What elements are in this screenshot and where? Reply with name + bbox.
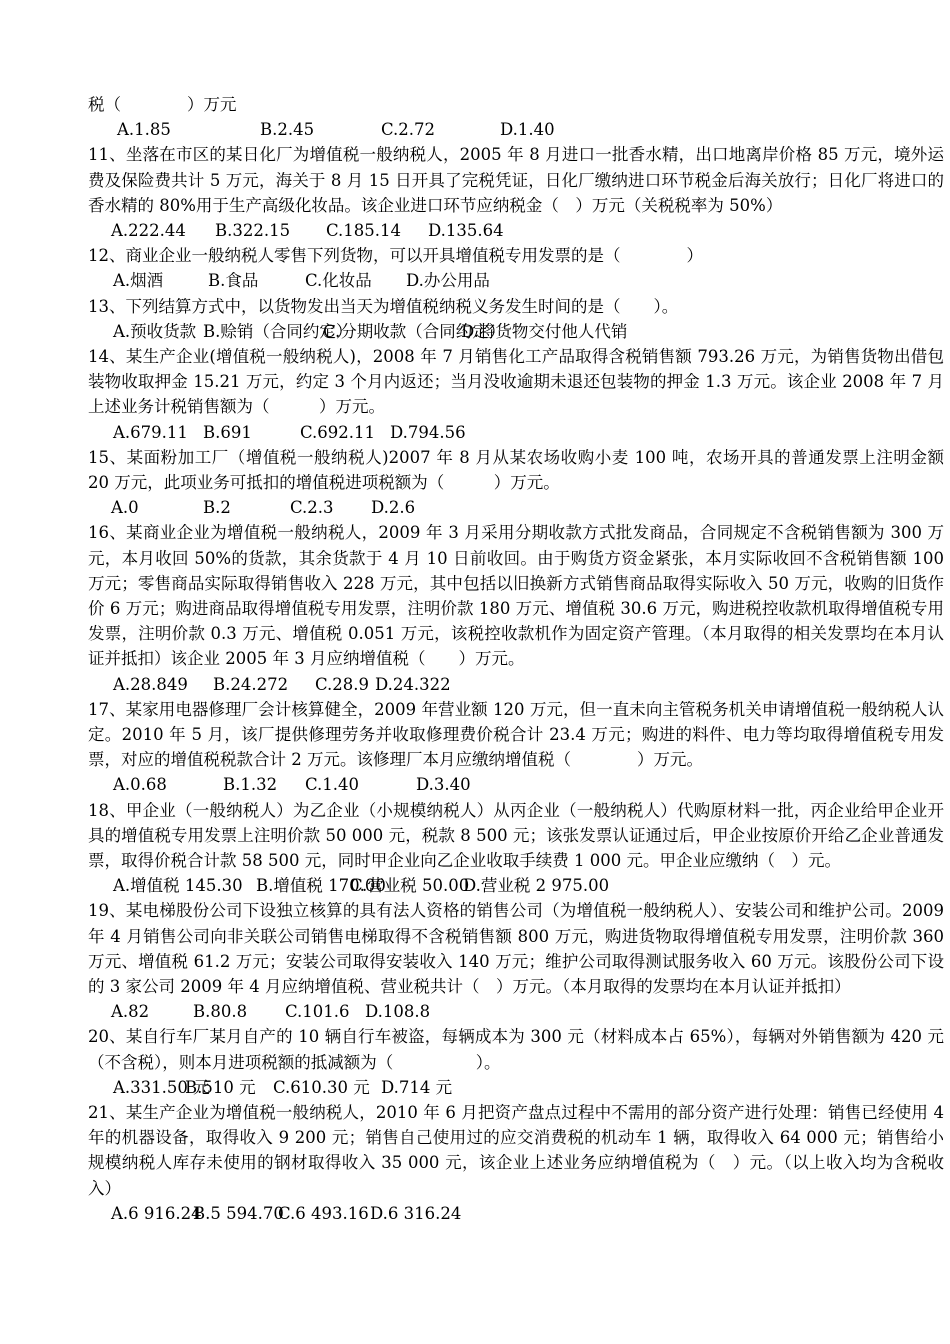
question-12-text: 12、商业企业一般纳税人零售下列货物，可以开具增值税专用发票的是（ ） — [88, 243, 944, 268]
question-16-block: 16、某商业企业为增值税一般纳税人，2009 年 3 月采用分期收款方式批发商品… — [88, 520, 944, 696]
question-15-block: 15、某面粉加工厂（增值税一般纳税人)2007 年 8 月从某农场收购小麦 10… — [88, 445, 944, 521]
question-18-option-d: D.营业税 2 975.00 — [463, 873, 609, 898]
question-17-option-c: C.1.40 — [305, 772, 359, 797]
question-16-option-d: D.24.322 — [375, 672, 451, 697]
question-12-block: 12、商业企业一般纳税人零售下列货物，可以开具增值税专用发票的是（ ）A.烟酒B… — [88, 243, 944, 293]
question-17-option-d: D.3.40 — [416, 772, 471, 797]
question-16-option-b: B.24.272 — [213, 672, 288, 697]
question-20-options-row: A.331.50 元B.510 元C.610.30 元D.714 元 — [88, 1075, 944, 1100]
question-11-block: 11、坐落在市区的某日化厂为增值税一般纳税人，2005 年 8 月进口一批香水精… — [88, 142, 944, 243]
question-21-option-b: B.5 594.70 — [193, 1201, 284, 1226]
question-10-continuation-options-row: A.1.85B.2.45C.2.72D.1.40 — [88, 117, 944, 142]
question-16-option-c: C.28.9 — [315, 672, 369, 697]
question-15-option-d: D.2.6 — [371, 495, 415, 520]
question-10-continuation-block: 税（ ）万元A.1.85B.2.45C.2.72D.1.40 — [88, 92, 944, 142]
question-12-option-b: B.食品 — [208, 268, 258, 293]
question-12-option-a: A.烟酒 — [113, 268, 163, 293]
question-21-options-row: A.6 916.24B.5 594.70C.6 493.16D.6 316.24 — [88, 1201, 944, 1226]
question-14-option-a: A.679.11 — [113, 420, 188, 445]
question-19-block: 19、某电梯股份公司下设独立核算的具有法人资格的销售公司（为增值税一般纳税人）、… — [88, 898, 944, 1024]
question-14-option-d: D.794.56 — [390, 420, 466, 445]
question-16-options-row: A.28.849B.24.272C.28.9D.24.322 — [88, 672, 944, 697]
question-21-option-a: A.6 916.24 — [111, 1201, 202, 1226]
question-12-option-d: D.办公用品 — [406, 268, 490, 293]
question-18-options-row: A.增值税 145.30B.增值税 170.00C.营业税 50.00D.营业税… — [88, 873, 944, 898]
question-10-continuation-text: 税（ ）万元 — [88, 92, 944, 117]
question-20-option-b: B.510 元 — [185, 1075, 256, 1100]
question-10-continuation-option-b: B.2.45 — [260, 117, 314, 142]
question-15-options-row: A.0B.2C.2.3D.2.6 — [88, 495, 944, 520]
question-17-block: 17、某家用电器修理厂会计核算健全，2009 年营业额 120 万元，但一直未向… — [88, 697, 944, 798]
question-20-block: 20、某自行车厂某月自产的 10 辆自行车被盗，每辆成本为 300 元（材料成本… — [88, 1024, 944, 1100]
question-12-options-row: A.烟酒B.食品C.化妆品D.办公用品 — [88, 268, 944, 293]
question-11-option-d: D.135.64 — [428, 218, 504, 243]
question-20-option-d: D.714 元 — [381, 1075, 452, 1100]
question-21-option-c: C.6 493.16 — [278, 1201, 369, 1226]
question-18-option-c: C.营业税 50.00 — [350, 873, 469, 898]
question-18-block: 18、甲企业（一般纳税人）为乙企业（小规模纳税人）从丙企业（一般纳税人）代购原材… — [88, 798, 944, 899]
question-19-text: 19、某电梯股份公司下设独立核算的具有法人资格的销售公司（为增值税一般纳税人）、… — [88, 898, 944, 999]
question-19-option-a: A.82 — [111, 999, 149, 1024]
question-15-option-a: A.0 — [111, 495, 139, 520]
question-13-block: 13、下列结算方式中，以货物发出当天为增值税纳税义务发生时间的是（ ）。A.预收… — [88, 294, 944, 344]
question-12-option-c: C.化妆品 — [305, 268, 372, 293]
question-18-text: 18、甲企业（一般纳税人）为乙企业（小规模纳税人）从丙企业（一般纳税人）代购原材… — [88, 798, 944, 874]
question-10-continuation-option-c: C.2.72 — [381, 117, 435, 142]
question-10-continuation-option-a: A.1.85 — [117, 117, 171, 142]
question-13-option-d: D.将货物交付他人代销 — [461, 319, 627, 344]
question-10-continuation-option-d: D.1.40 — [500, 117, 555, 142]
question-20-option-c: C.610.30 元 — [273, 1075, 370, 1100]
question-17-text: 17、某家用电器修理厂会计核算健全，2009 年营业额 120 万元，但一直未向… — [88, 697, 944, 773]
question-14-block: 14、某生产企业(增值税一般纳税人)，2008 年 7 月销售化工产品取得含税销… — [88, 344, 944, 445]
question-11-option-a: A.222.44 — [111, 218, 186, 243]
question-21-text: 21、某生产企业为增值税一般纳税人，2010 年 6 月把资产盘点过程中不需用的… — [88, 1100, 944, 1201]
question-11-option-c: C.185.14 — [326, 218, 401, 243]
question-15-option-b: B.2 — [203, 495, 231, 520]
question-16-text: 16、某商业企业为增值税一般纳税人，2009 年 3 月采用分期收款方式批发商品… — [88, 520, 944, 671]
question-15-option-c: C.2.3 — [290, 495, 334, 520]
question-21-block: 21、某生产企业为增值税一般纳税人，2010 年 6 月把资产盘点过程中不需用的… — [88, 1100, 944, 1226]
question-14-text: 14、某生产企业(增值税一般纳税人)，2008 年 7 月销售化工产品取得含税销… — [88, 344, 944, 420]
question-15-text: 15、某面粉加工厂（增值税一般纳税人)2007 年 8 月从某农场收购小麦 10… — [88, 445, 944, 495]
question-11-option-b: B.322.15 — [215, 218, 290, 243]
question-19-option-b: B.80.8 — [193, 999, 247, 1024]
question-20-text: 20、某自行车厂某月自产的 10 辆自行车被盗，每辆成本为 300 元（材料成本… — [88, 1024, 944, 1074]
question-21-option-d: D.6 316.24 — [370, 1201, 461, 1226]
question-17-option-a: A.0.68 — [113, 772, 167, 797]
question-17-option-b: B.1.32 — [223, 772, 277, 797]
question-14-option-b: B.691 — [203, 420, 252, 445]
document-page: 税（ ）万元A.1.85B.2.45C.2.72D.1.4011、坐落在市区的某… — [0, 0, 950, 1266]
question-13-options-row: A.预收货款B.赊销（合同约定）C.分期收款（合同约定）D.将货物交付他人代销 — [88, 319, 944, 344]
question-11-text: 11、坐落在市区的某日化厂为增值税一般纳税人，2005 年 8 月进口一批香水精… — [88, 142, 944, 218]
question-17-options-row: A.0.68B.1.32C.1.40D.3.40 — [88, 772, 944, 797]
question-19-option-c: C.101.6 — [285, 999, 350, 1024]
question-14-option-c: C.692.11 — [300, 420, 375, 445]
question-13-text: 13、下列结算方式中，以货物发出当天为增值税纳税义务发生时间的是（ ）。 — [88, 294, 944, 319]
question-19-options-row: A.82B.80.8C.101.6D.108.8 — [88, 999, 944, 1024]
question-19-option-d: D.108.8 — [365, 999, 430, 1024]
question-11-options-row: A.222.44B.322.15C.185.14D.135.64 — [88, 218, 944, 243]
question-16-option-a: A.28.849 — [113, 672, 188, 697]
question-14-options-row: A.679.11B.691C.692.11D.794.56 — [88, 420, 944, 445]
question-13-option-a: A.预收货款 — [113, 319, 196, 344]
question-18-option-a: A.增值税 145.30 — [113, 873, 243, 898]
